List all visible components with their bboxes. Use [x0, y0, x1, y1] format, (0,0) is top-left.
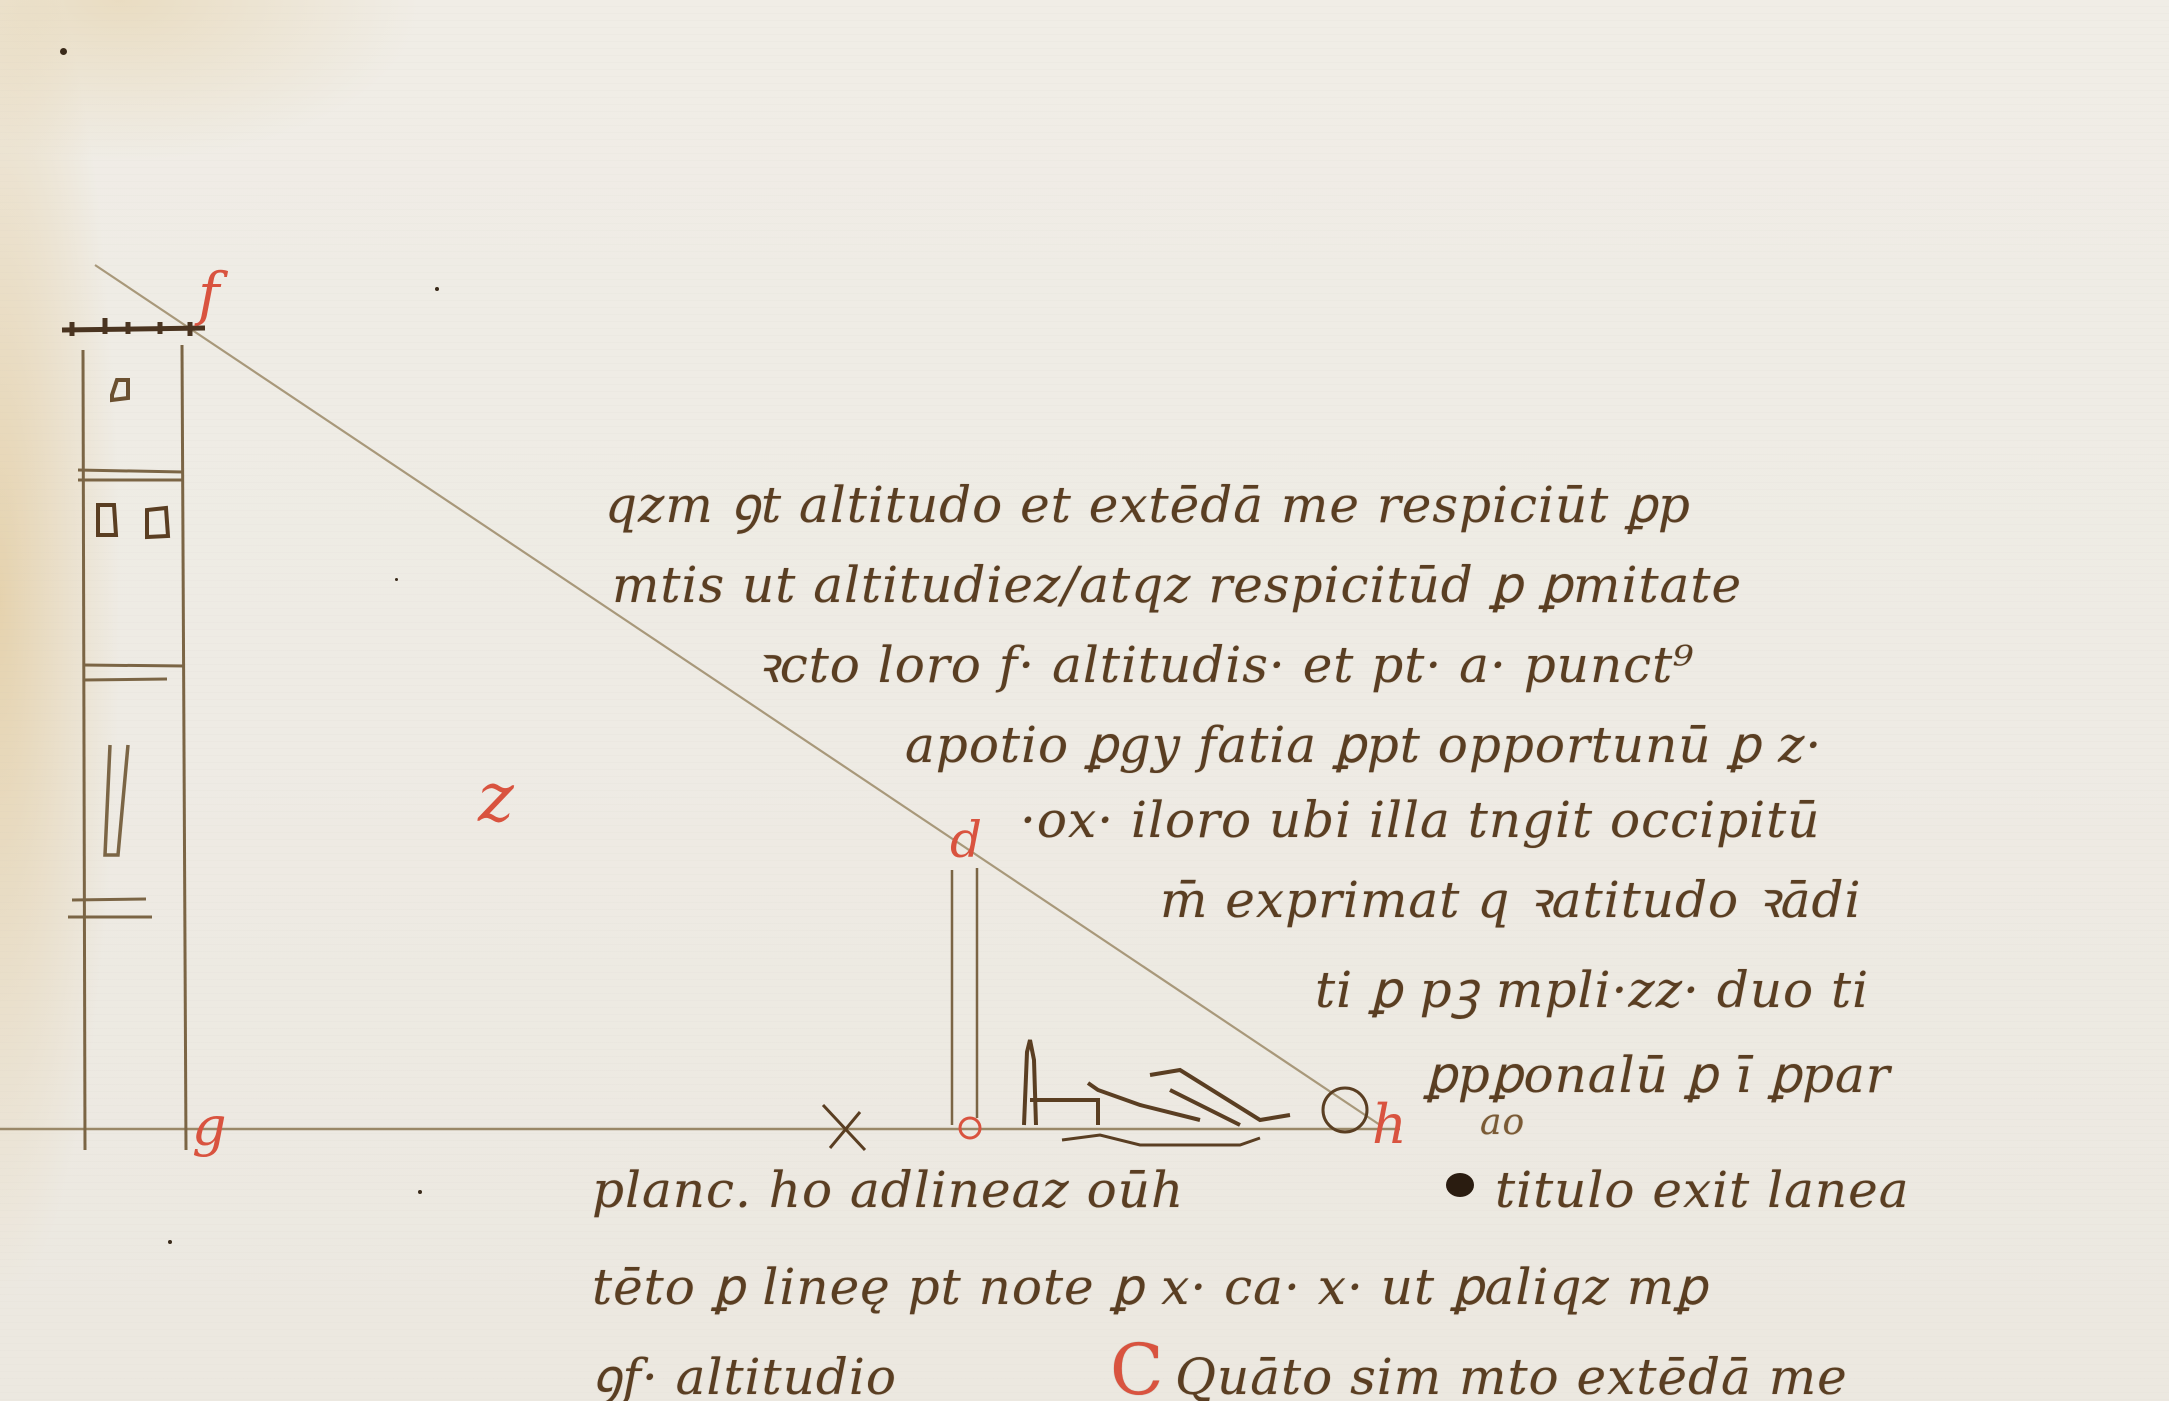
measuring-staff	[952, 868, 980, 1138]
ink-speck	[168, 1240, 172, 1244]
ink-speck	[435, 287, 439, 291]
cross-mark	[823, 1105, 865, 1150]
label-f: f	[198, 265, 219, 323]
label-d: d	[950, 815, 982, 865]
text-line-6: m̄ exprimat q ꝛatitudo ꝛādi	[1160, 875, 1862, 925]
text-line-8: ꝑpꝑonalū ꝑ ī ꝑpar	[1425, 1050, 1891, 1100]
ink-speck	[395, 578, 398, 581]
ink-speck	[418, 1190, 422, 1194]
text-line-9: planc. ho adlineaz oūh	[592, 1165, 1184, 1215]
text-line-12: ꝯf· altitudio	[592, 1352, 897, 1401]
text-line-2: mtis ut altitudiez/atqz respicitūd ꝑ ꝑmi…	[612, 560, 1742, 610]
text-line-3: ꝛcto loro f· altitudis· et pt· a· punct⁹	[755, 640, 1694, 690]
ink-blot	[1446, 1173, 1474, 1197]
label-g: g	[192, 1100, 227, 1154]
tower-drawing	[62, 318, 205, 1150]
rubric-initial: C	[1110, 1335, 1165, 1401]
text-line-11: tēto ꝑ lineę pt note ꝑ x· ca· x· ut ꝑali…	[592, 1262, 1708, 1312]
text-line-4: apotio ꝑgy fatia ꝑpt opportunū ꝑ z·	[905, 720, 1822, 770]
ink-speck	[60, 48, 67, 55]
label-z: z	[478, 765, 514, 833]
text-line-10: titulo exit lanea	[1495, 1165, 1910, 1215]
label-h: h	[1372, 1098, 1407, 1152]
text-line-7: ti ꝑ pꝫ mpli·zz· duo ti	[1315, 965, 1869, 1015]
text-line-1: qzm ꝯt altitudo et extēdā me respiciūt ꝑ…	[605, 480, 1691, 530]
text-line-5: ·ox· iloro ubi illa tngit occipitū	[1020, 795, 1820, 845]
text-line-13: Quāto sim mto extēdā me	[1175, 1352, 1848, 1401]
manuscript-page: f g z d h qzm ꝯt altitudo et extēdā me r…	[0, 0, 2169, 1401]
text-line-superscript-ao: ao	[1480, 1105, 1525, 1141]
sight-line	[95, 265, 1380, 1125]
